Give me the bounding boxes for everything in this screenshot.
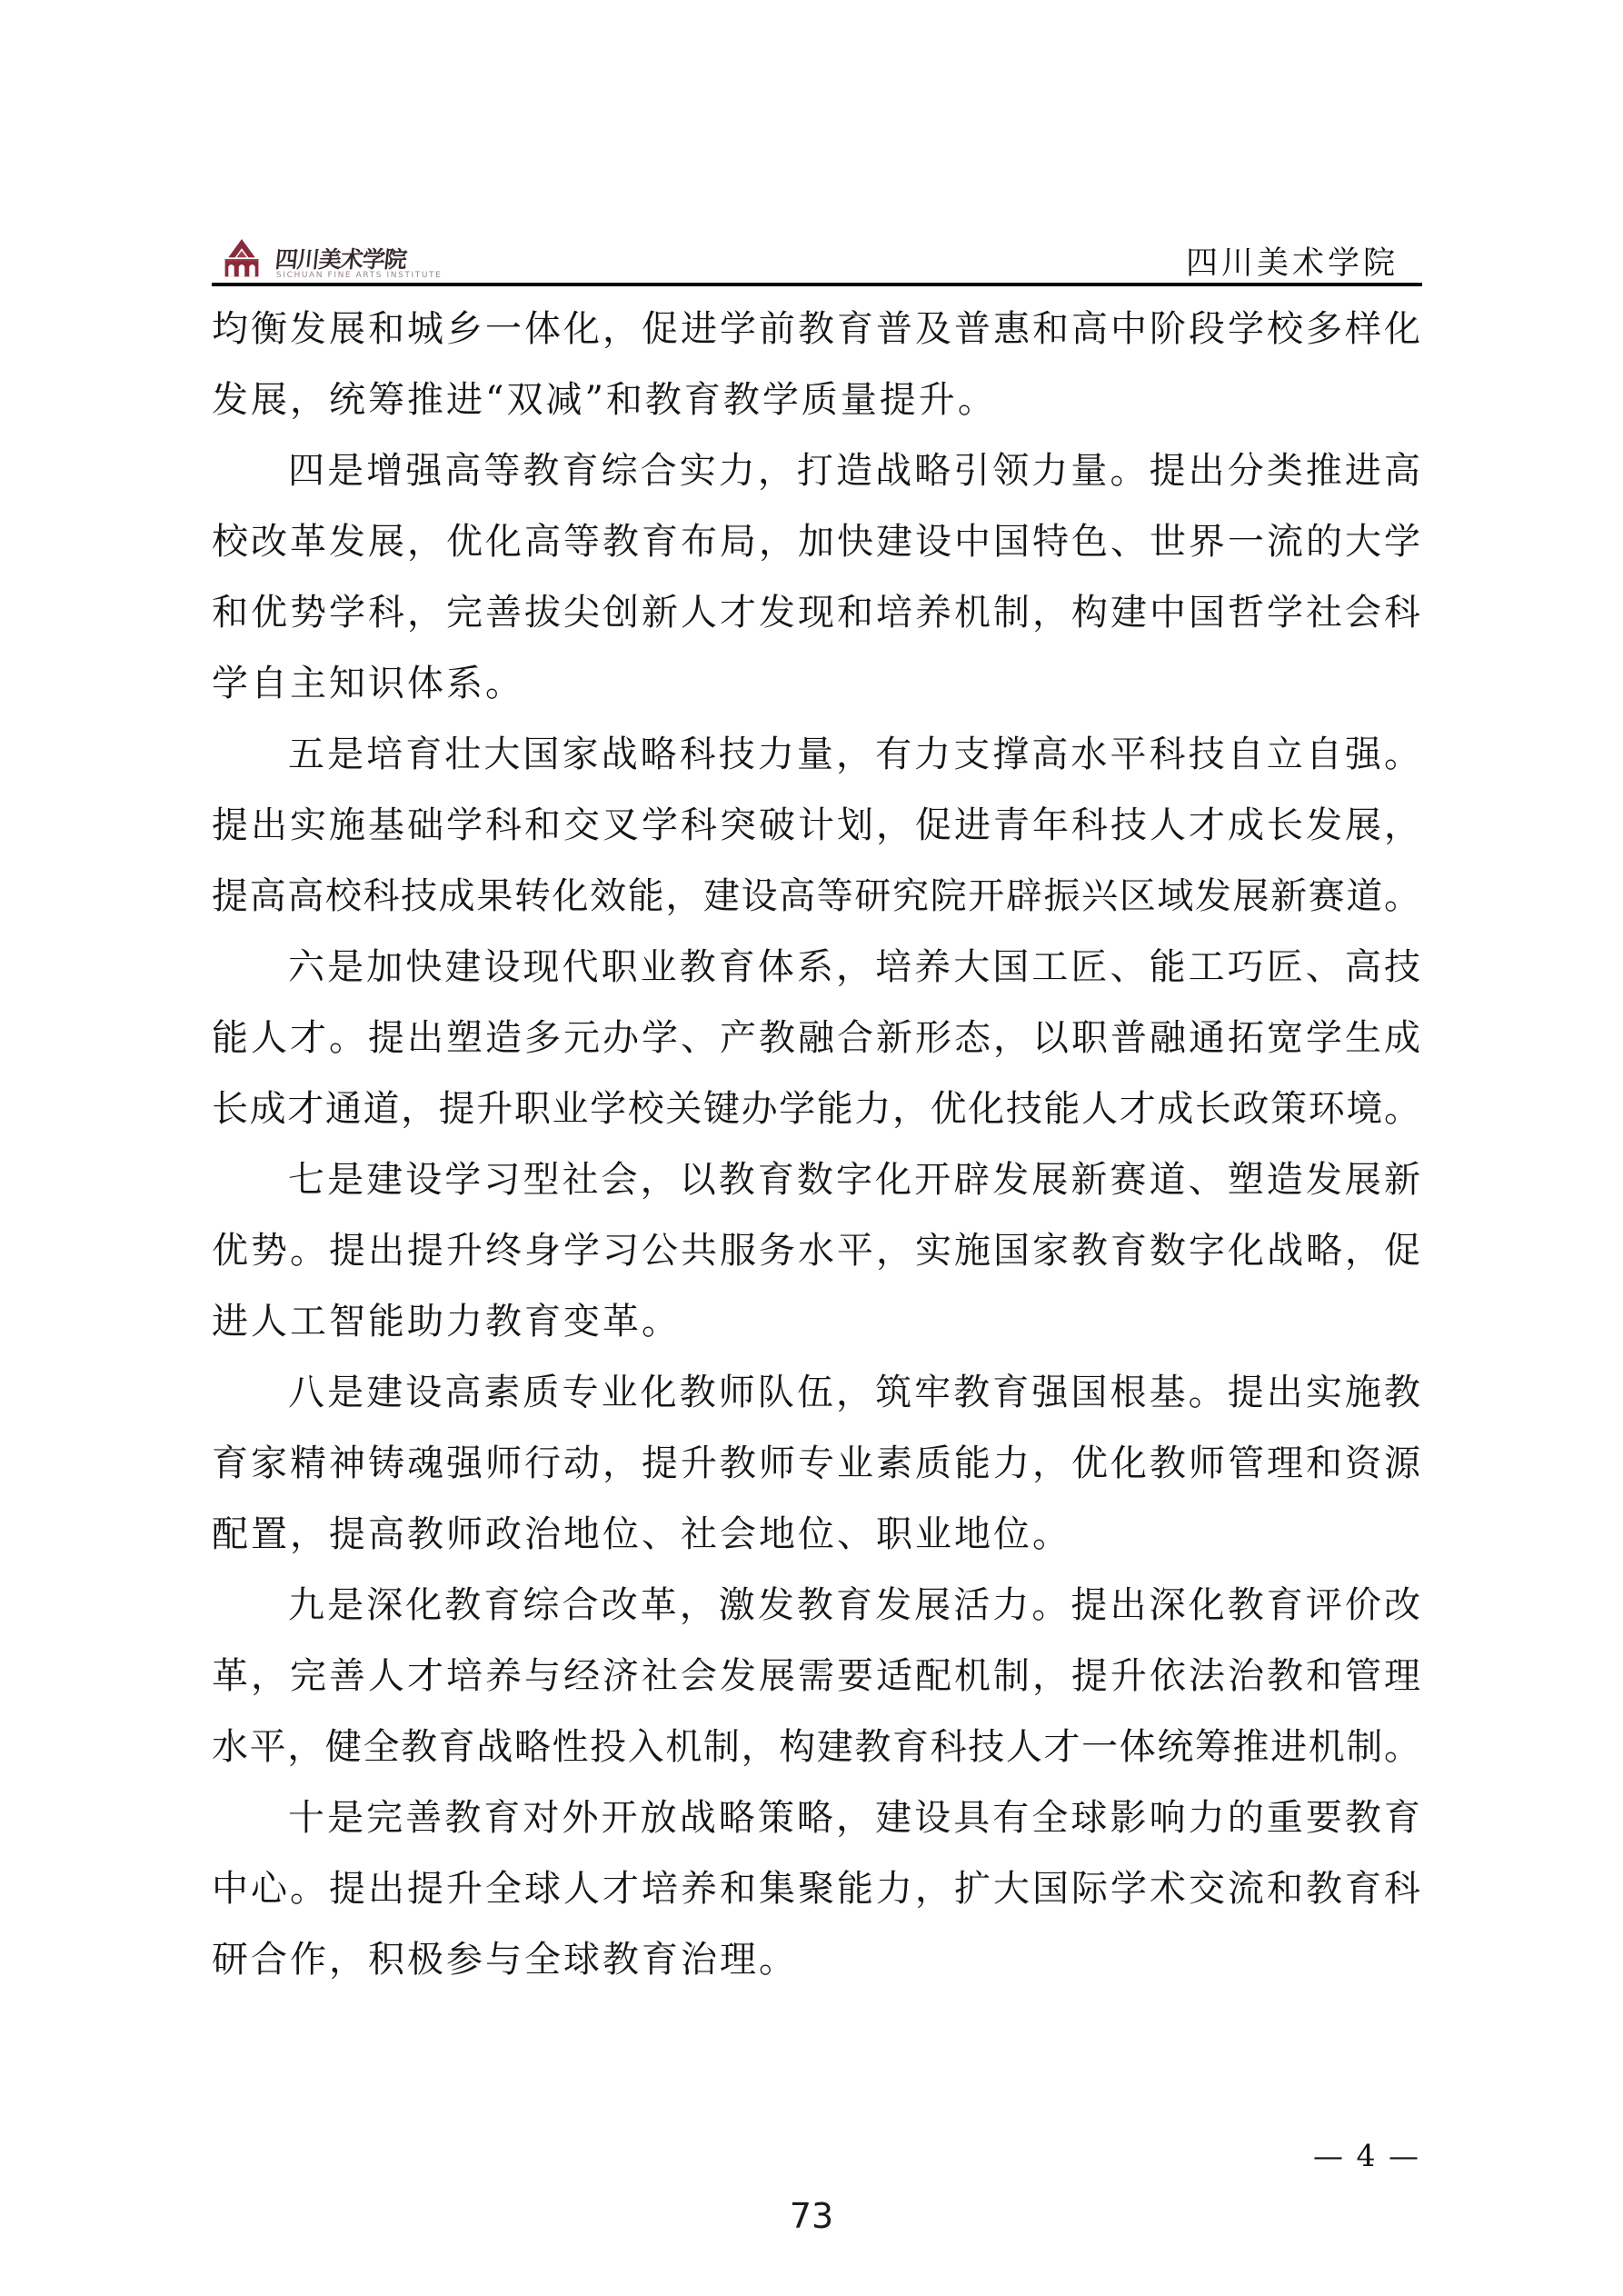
logo-subtitle-text: SICHUAN FINE ARTS INSTITUTE: [276, 271, 442, 280]
header-rule: [212, 283, 1422, 286]
body-line: 中心。提出提升全球人才培养和集聚能力，扩大国际学术交流和教育科: [212, 1853, 1420, 1924]
body-line: 发展，统筹推进“双减”和教育教学质量提升。: [212, 364, 1420, 435]
body-line: 九是深化教育综合改革，激发教育发展活力。提出深化教育评价改: [212, 1570, 1420, 1641]
body-line: 校改革发展，优化高等教育布局，加快建设中国特色、世界一流的大学: [212, 506, 1420, 577]
body-line: 育家精神铸魂强师行动，提升教师专业素质能力，优化教师管理和资源: [212, 1428, 1420, 1499]
body-line: 五是培育壮大国家战略科技力量，有力支撑高水平科技自立自强。: [212, 719, 1420, 790]
body-line: 配置，提高教师政治地位、社会地位、职业地位。: [212, 1499, 1420, 1570]
footer-page-marker: — 4 —: [1313, 2138, 1420, 2173]
body-line: 提高高校科技成果转化效能，建设高等研究院开辟振兴区域发展新赛道。: [212, 861, 1420, 932]
logo-calligraphy-text: 四川美术学院: [274, 242, 408, 275]
body-line: 十是完善教育对外开放战略策略，建设具有全球影响力的重要教育: [212, 1782, 1420, 1853]
body-line: 长成才通道，提升职业学校关键办学能力，优化技能人才成长政策环境。: [212, 1073, 1420, 1144]
body-line: 四是增强高等教育综合实力，打造战略引领力量。提出分类推进高: [212, 435, 1420, 506]
body-line: 八是建设高素质专业化教师队伍，筑牢教育强国根基。提出实施教: [212, 1357, 1420, 1428]
body-line: 水平，健全教育战略性投入机制，构建教育科技人才一体统筹推进机制。: [212, 1712, 1420, 1782]
school-gate-emblem-icon: [221, 238, 263, 282]
body-line: 六是加快建设现代职业教育体系，培养大国工匠、能工巧匠、高技: [212, 932, 1420, 1003]
body-line: 进人工智能助力教育变革。: [212, 1286, 1420, 1357]
body-line: 七是建设学习型社会，以教育数字化开辟发展新赛道、塑造发展新: [212, 1144, 1420, 1215]
body-line: 优势。提出提升终身学习公共服务水平，实施国家教育数字化战略，促: [212, 1215, 1420, 1286]
body-line: 革，完善人才培养与经济社会发展需要适配机制，提升依法治教和管理: [212, 1641, 1420, 1712]
body-line: 均衡发展和城乡一体化，促进学前教育普及普惠和高中阶段学校多样化: [212, 294, 1420, 364]
body-line: 和优势学科，完善拔尖创新人才发现和培养机制，构建中国哲学社会科: [212, 577, 1420, 648]
body-line: 能人才。提出塑造多元办学、产教融合新形态，以职普融通拓宽学生成: [212, 1003, 1420, 1073]
document-body: 均衡发展和城乡一体化，促进学前教育普及普惠和高中阶段学校多样化发展，统筹推进“双…: [212, 294, 1420, 1995]
body-line: 学自主知识体系。: [212, 648, 1420, 719]
body-line: 提出实施基础学科和交叉学科突破计划，促进青年科技人才成长发展，: [212, 790, 1420, 861]
footer-page-number: 73: [0, 2196, 1623, 2236]
header-school-name: 四川美术学院: [1186, 238, 1399, 284]
document-page: 四川美术学院 SICHUAN FINE ARTS INSTITUTE 四川美术学…: [0, 0, 1623, 2296]
body-line: 研合作，积极参与全球教育治理。: [212, 1924, 1420, 1995]
